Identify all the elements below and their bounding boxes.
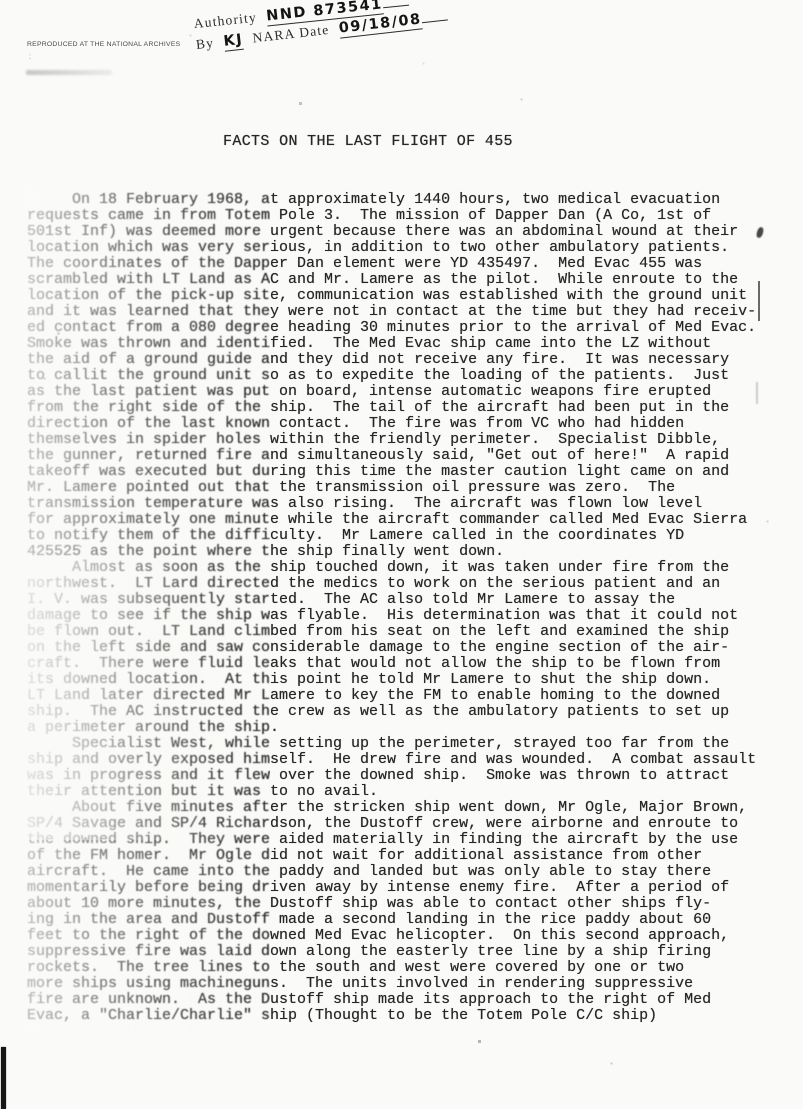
stamp-by-label: By [195, 35, 215, 52]
paragraph-flight-summary: On 18 February 1968, at approximately 14… [27, 192, 787, 560]
archives-note: REPRODUCED AT THE NATIONAL ARCHIVES [27, 41, 180, 48]
document-title: FACTS ON THE LAST FLIGHT OF 455 [223, 133, 513, 150]
scan-edge-mark [756, 382, 758, 404]
stamp-underline [382, 0, 409, 8]
stamp-authority-label: Authority [193, 10, 258, 32]
scan-edge-bar [1, 1047, 6, 1109]
scan-edge-mark [758, 281, 760, 321]
scan-speckle-layer [0, 0, 1, 1]
scan-colon-mark: : [29, 52, 31, 61]
document-body: On 18 February 1968, at approximately 14… [27, 192, 787, 1024]
paragraph-specialist-west: Specialist West, while setting up the pe… [27, 736, 787, 800]
declassification-stamp: Authority NND 873541 By KJ NARA Date 09/… [193, 0, 411, 54]
paragraph-dustoff-rescue: About five minutes after the stricken sh… [27, 800, 787, 1024]
document-page: REPRODUCED AT THE NATIONAL ARCHIVES : Au… [0, 0, 803, 1109]
paragraph-touchdown: Almost as soon as the ship touched down,… [27, 560, 787, 736]
stamp-underline [421, 7, 448, 23]
stamp-by-value: KJ [223, 32, 245, 52]
scan-smudge [26, 70, 112, 75]
